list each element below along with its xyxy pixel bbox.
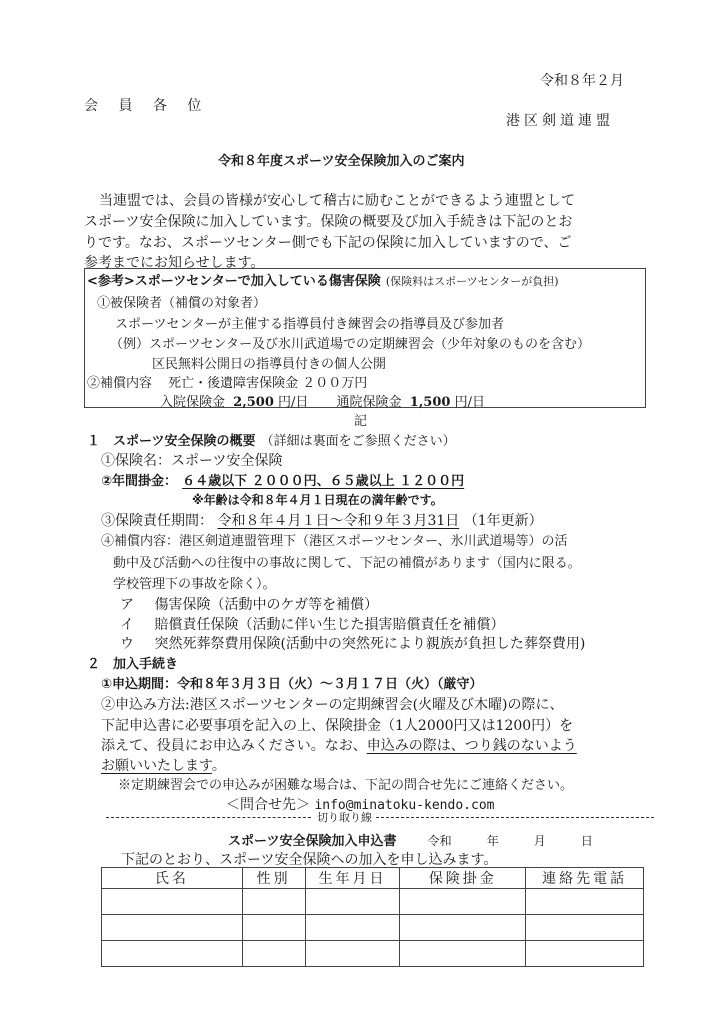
- reference-heading-row: <参考>スポーツセンターで加入している傷害保険 (保険料はスポーツセンターが負担…: [87, 270, 559, 289]
- outpatient-label: 通院保険金: [337, 395, 402, 410]
- hospital-unit: 円/日: [278, 395, 308, 410]
- form-lead: 下記のとおり、スポーツ安全保険への加入を申し込みます。: [121, 849, 497, 869]
- annual-fee-value: ６４歳以下 ２０００円、６５歳以上 １２００円: [182, 474, 464, 489]
- fee-cell[interactable]: [400, 941, 526, 967]
- page-title: 令和８年度スポーツ安全保険加入のご案内: [218, 150, 464, 169]
- coverage-death: 死亡・後遺障害保険金 ２００万円: [168, 376, 367, 391]
- coverage-detail-line: 動中及び活動への往復中の事故に関して、下記の補償があります（国内に限る。: [113, 552, 581, 571]
- sub-item-mark: ウ: [120, 636, 134, 652]
- phone-cell[interactable]: [526, 941, 644, 967]
- coverage-detail-line: ④補償内容：港区剣道連盟管理下（港区スポーツセンター、氷川武道場等）の活: [101, 530, 567, 549]
- column-header-name: 氏名: [102, 868, 243, 889]
- annual-fee-row: ②年間掛金： ６４歳以下 ２０００円、６５歳以上 １２００円: [101, 470, 464, 489]
- fee-cell[interactable]: [400, 915, 526, 941]
- intro-line: 当連盟では、会員の皆様が安心して稽古に励むことができるよう連盟として: [99, 190, 575, 210]
- insurance-name: ①保険名：スポーツ安全保険: [101, 450, 282, 470]
- fee-cell[interactable]: [400, 889, 526, 915]
- annual-fee-label: ②年間掛金：: [101, 474, 177, 489]
- cut-line-right: [376, 817, 654, 818]
- form-date-month: 月: [534, 834, 546, 848]
- hospital-label: 入院保険金: [160, 395, 225, 410]
- section1-heading-note: （詳細は裏面をご参照ください）: [261, 434, 456, 449]
- birthdate-cell[interactable]: [305, 915, 400, 941]
- age-note: ※年齢は令和８年４月１日現在の満年齢です。: [192, 491, 443, 508]
- application-method-line: 添えて、役員にお申込みください。なお、申込みの際は、つり銭のないよう: [101, 735, 577, 755]
- column-header-birthdate: 生年月日: [305, 868, 400, 889]
- gender-cell[interactable]: [242, 915, 305, 941]
- section2-heading: ２ 加入手続き: [87, 653, 178, 672]
- document-date: 令和８年２月: [540, 70, 624, 90]
- coverage-detail-line: 学校管理下の事故を除く）。: [113, 573, 276, 592]
- cut-line-left: [106, 817, 311, 818]
- difficulty-note: ※定期練習会での申込みが困難な場合は、下記の問合せ先にご連絡ください。: [118, 774, 573, 793]
- hospital-outpatient-row: 入院保険金 2,500 円/日 通院保険金 1,500 円/日: [160, 391, 485, 410]
- sub-item-text: 賠償責任保険（活動に伴い生じた損害賠償責任を補償）: [154, 617, 504, 633]
- form-title: スポーツ安全保険加入申込書: [228, 834, 396, 849]
- outpatient-unit: 円/日: [455, 395, 485, 410]
- insured-example-2: 区民無料公開日の指導員付きの個人公開: [152, 353, 386, 372]
- column-header-gender: 性別: [242, 868, 305, 889]
- coverage-label: ②補償内容: [87, 376, 152, 391]
- table-row: [102, 941, 644, 967]
- form-date-era: 令和: [428, 834, 452, 848]
- application-period: ①申込期間：令和８年３月３日（火）～３月１７日（火）（厳守）: [101, 673, 483, 692]
- method-text-underlined: お願いいたします: [101, 758, 212, 774]
- column-header-phone: 連絡先電話: [526, 868, 644, 889]
- application-table: 氏名 性別 生年月日 保険掛金 連絡先電話: [101, 867, 644, 967]
- coverage-period-label: ③保険責任期間：: [101, 513, 213, 529]
- form-date-year: 年: [487, 834, 499, 848]
- ki-label: 記: [354, 410, 367, 429]
- application-method-line: 下記申込書に必要事項を記入の上、保険掛金（1人2000円又は1200円）を: [101, 715, 573, 735]
- section1-heading-row: １ スポーツ安全保険の概要 （詳細は裏面をご参照ください）: [87, 430, 456, 449]
- sub-item-liability: イ 賠償責任保険（活動に伴い生じた損害賠償責任を補償）: [120, 614, 504, 634]
- sub-item-mark: ア: [120, 597, 134, 613]
- table-header-row: 氏名 性別 生年月日 保険掛金 連絡先電話: [102, 868, 644, 889]
- birthdate-cell[interactable]: [305, 941, 400, 967]
- sub-item-text: 突然死葬祭費用保険(活動中の突然死により親族が負担した葬祭費用): [154, 636, 585, 652]
- coverage-period-row: ③保険責任期間： 令和８年４月１日～令和９年３月31日 （1年更新）: [101, 510, 543, 530]
- phone-cell[interactable]: [526, 915, 644, 941]
- birthdate-cell[interactable]: [305, 889, 400, 915]
- cut-line-label: 切り取り線: [317, 809, 372, 825]
- insured-description: スポーツセンターが主催する指導員付き練習会の指導員及び参加者: [115, 313, 504, 332]
- name-cell[interactable]: [102, 915, 243, 941]
- intro-line: りです。なお、スポーツセンター側でも下記の保険に加入していますので、ご: [84, 232, 571, 252]
- name-cell[interactable]: [102, 941, 243, 967]
- reference-heading: <参考>スポーツセンターで加入している傷害保険: [87, 274, 381, 289]
- column-header-fee: 保険掛金: [400, 868, 526, 889]
- coverage-period-note: （1年更新）: [464, 513, 543, 529]
- outpatient-amount: 1,500: [410, 395, 451, 410]
- gender-cell[interactable]: [242, 889, 305, 915]
- contact-label: ＜問合せ先＞: [226, 797, 310, 813]
- insured-example: （例）スポーツセンター及び氷川武道場での定期練習会（少年対象のものを含む）: [110, 333, 590, 352]
- sender-organization: 港区剣道連盟: [506, 110, 614, 130]
- sub-item-injury: ア 傷害保険（活動中のケガ等を補償）: [120, 594, 378, 614]
- method-text: 。: [212, 758, 226, 774]
- intro-line: スポーツ安全保険に加入しています。保険の概要及び加入手続きは下記のとお: [84, 211, 572, 231]
- addressee: 会 員 各 位: [84, 95, 209, 115]
- table-row: [102, 915, 644, 941]
- coverage-period-value: 令和８年４月１日～令和９年３月31日: [217, 513, 459, 529]
- table-row: [102, 889, 644, 915]
- application-method-line: ②申込み方法:港区スポーツセンターの定期練習会(火曜及び木曜)の際に、: [101, 694, 564, 714]
- name-cell[interactable]: [102, 889, 243, 915]
- application-method-line: お願いいたします。: [101, 755, 226, 775]
- sub-item-funeral: ウ 突然死葬祭費用保険(活動中の突然死により親族が負担した葬祭費用): [120, 633, 585, 653]
- hospital-amount: 2,500: [233, 395, 274, 410]
- coverage-row: ②補償内容 死亡・後遺障害保険金 ２００万円: [87, 372, 367, 391]
- reference-heading-note: (保険料はスポーツセンターが負担): [386, 275, 559, 288]
- sub-item-mark: イ: [120, 617, 134, 633]
- insured-label: ①被保険者（補償の対象者）: [97, 292, 266, 311]
- form-date-day: 日: [581, 834, 593, 848]
- method-text: 添えて、役員にお申込みください。なお、: [101, 738, 367, 754]
- form-title-row: スポーツ安全保険加入申込書 令和 年 月 日: [228, 830, 593, 849]
- sub-item-text: 傷害保険（活動中のケガ等を補償）: [154, 597, 378, 613]
- gender-cell[interactable]: [242, 941, 305, 967]
- section1-heading: １ スポーツ安全保険の概要: [87, 434, 255, 449]
- method-text-underlined: 申込みの際は、つり銭のないよう: [367, 738, 577, 754]
- phone-cell[interactable]: [526, 889, 644, 915]
